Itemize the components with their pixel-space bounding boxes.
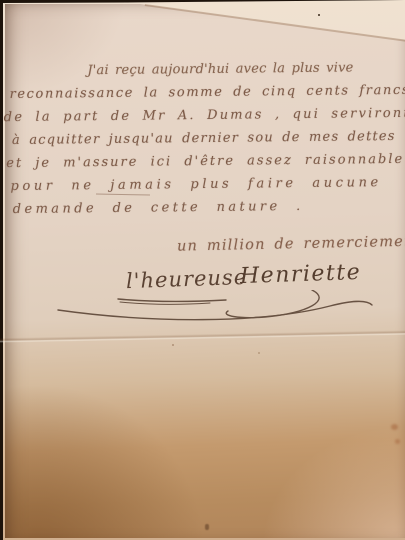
signature: l'heureuse Henriette — [0, 0, 405, 540]
paper-mark — [205, 524, 209, 530]
paper-stain — [395, 439, 400, 444]
paper-speck — [258, 352, 260, 354]
letter-photograph: J'ai reçu aujourd'hui avec la plus vive … — [0, 0, 405, 540]
paper-stain — [391, 424, 398, 430]
signature-name: Henriette — [240, 260, 362, 289]
paper-speck — [172, 344, 174, 346]
signature-flourish — [50, 290, 380, 330]
paper-speck — [318, 14, 320, 16]
signature-prefix: l'heureuse — [126, 265, 248, 293]
